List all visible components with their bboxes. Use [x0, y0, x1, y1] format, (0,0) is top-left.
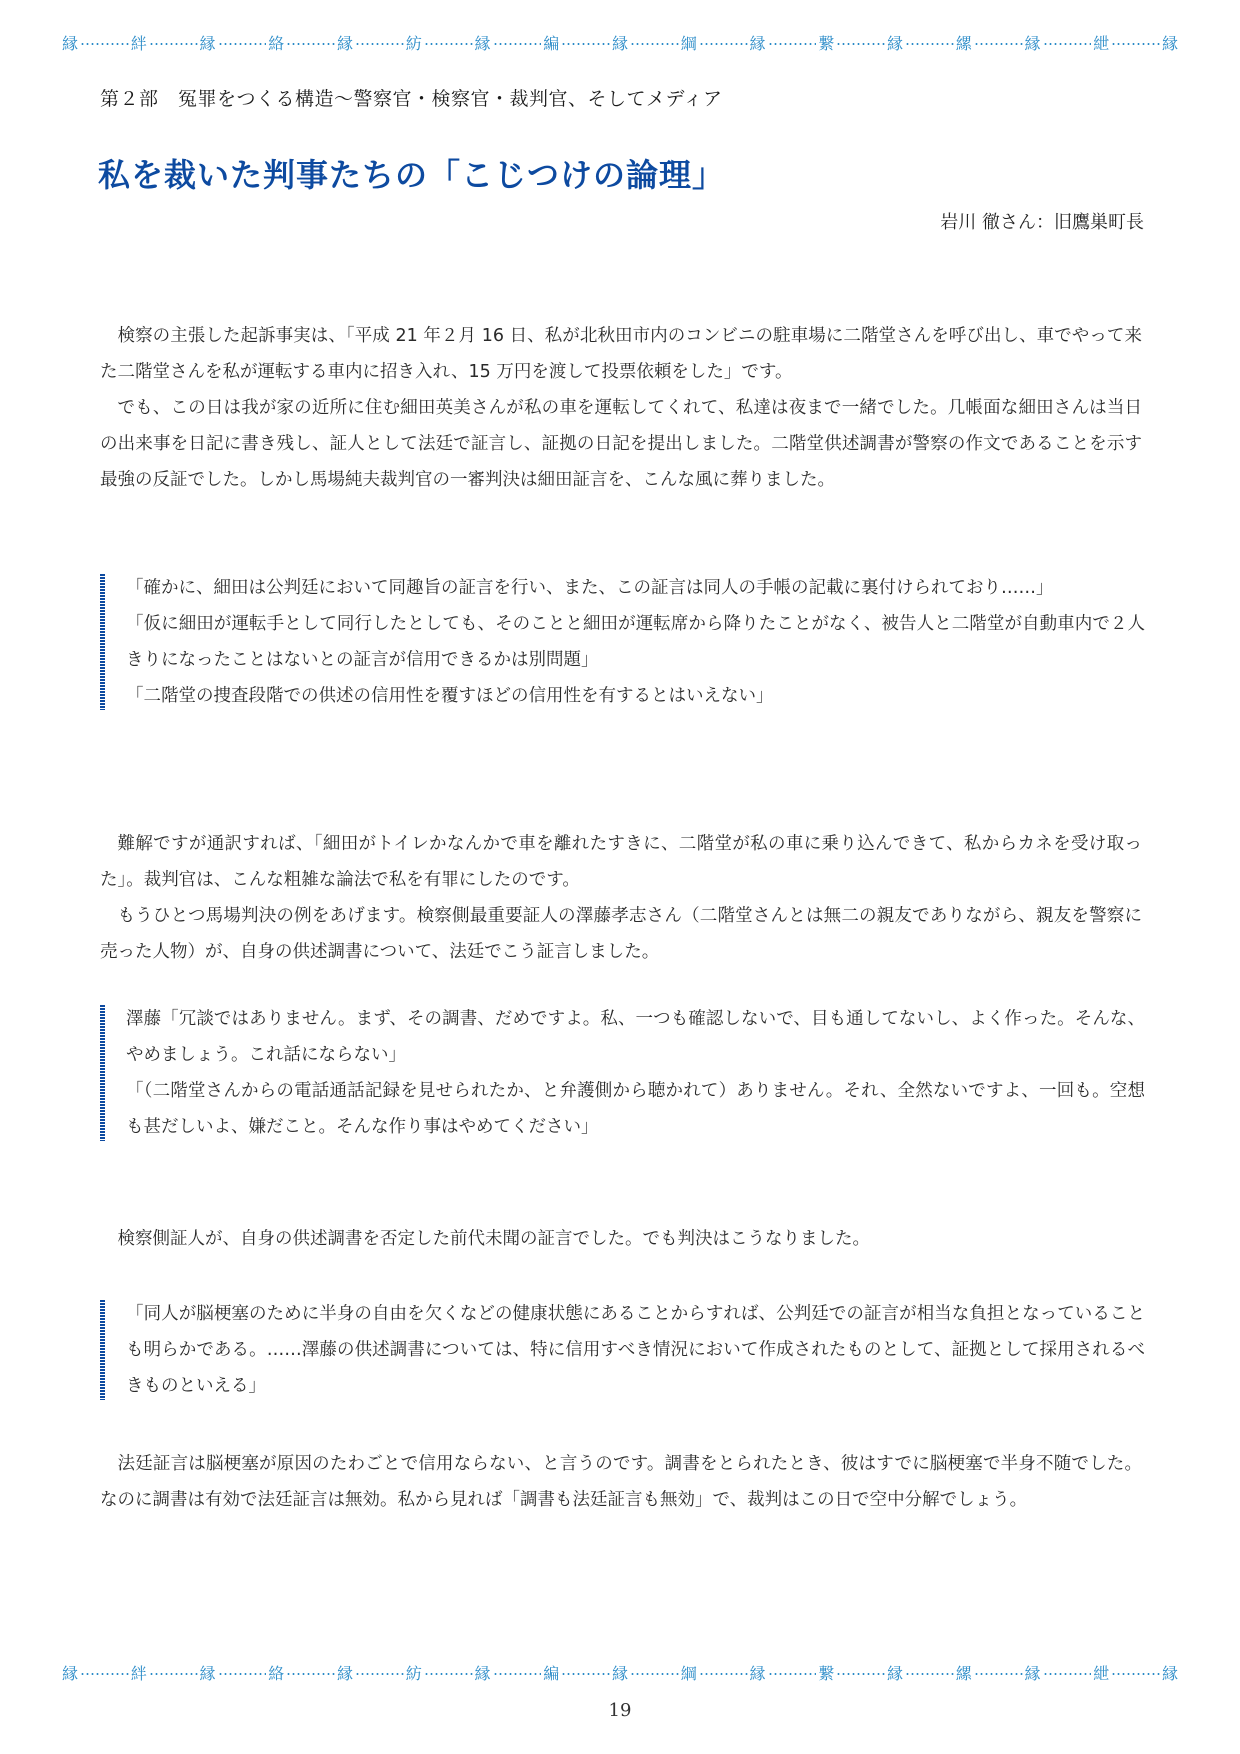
- border-glyph: 縁: [750, 36, 766, 52]
- border-glyph: 縁: [750, 1666, 766, 1682]
- body-paragraph: 検察側証人が、自身の供述調書を否定した前代未聞の証言でした。でも判決はこうなりま…: [100, 1221, 1142, 1257]
- border-dots: [355, 43, 404, 45]
- body-paragraph: 法廷証言は脳梗塞が原因のたわごとで信用ならない、と言うのです。調書をとられたとき…: [100, 1446, 1142, 1518]
- quote-bar: [100, 1300, 105, 1400]
- border-glyph: 綱: [681, 1666, 697, 1682]
- quote-block: 「確かに、細田は公判廷において同趣旨の証言を行い、また、この証言は同人の手帳の記…: [100, 570, 1145, 714]
- border-dots: [768, 1673, 817, 1675]
- article-section-3: 検察側証人が、自身の供述調書を否定した前代未聞の証言でした。でも判決はこうなりま…: [100, 1221, 1142, 1257]
- border-glyph: 紡: [406, 36, 422, 52]
- article-title: 私を裁いた判事たちの「こじつけの論理」: [98, 150, 725, 196]
- border-dots: [149, 1673, 198, 1675]
- border-glyph: 絡: [268, 1666, 284, 1682]
- quote-bar: [100, 574, 105, 710]
- border-glyph: 縁: [200, 36, 216, 52]
- article-section-1: 検察の主張した起訴事実は、「平成 21 年２月 16 日、私が北秋田市内のコンビ…: [100, 318, 1142, 498]
- border-dots: [699, 1673, 748, 1675]
- border-glyph: 縁: [612, 36, 628, 52]
- border-dots: [699, 43, 748, 45]
- border-dots: [1111, 43, 1160, 45]
- border-dots: [905, 43, 954, 45]
- border-glyph: 繋: [818, 36, 834, 52]
- quote-line: 澤藤「冗談ではありません。まず、その調書、だめですよ。私、一つも確認しないで、目…: [126, 1001, 1145, 1073]
- top-decorative-border: 縁 絆 縁 絡 縁 紡 縁 編 縁 綱 縁 繋 縁 縲 縁 紲 縁: [62, 32, 1178, 56]
- quote-line: 「確かに、細田は公判廷において同趣旨の証言を行い、また、この証言は同人の手帳の記…: [126, 570, 1145, 606]
- border-dots: [218, 43, 267, 45]
- border-glyph: 縁: [337, 1666, 353, 1682]
- border-dots: [424, 1673, 473, 1675]
- quote-bar: [100, 1005, 105, 1141]
- border-glyph: 縁: [475, 36, 491, 52]
- quote-line: 「（二階堂さんからの電話通話記録を見せられたか、と弁護側から聴かれて）ありません…: [126, 1073, 1145, 1145]
- author-byline: 岩川 徹さん：旧鷹巣町長: [940, 208, 1144, 234]
- quote-line: 「仮に細田が運転手として同行したとしても、そのことと細田が運転席から降りたことが…: [126, 606, 1145, 678]
- border-dots: [355, 1673, 404, 1675]
- border-dots: [218, 1673, 267, 1675]
- border-glyph: 縁: [62, 1666, 78, 1682]
- body-paragraph: 難解ですが通訳すれば、「細田がトイレかなんかで車を離れたすきに、二階堂が私の車に…: [100, 826, 1142, 898]
- border-dots: [561, 1673, 610, 1675]
- quote-line: 「二階堂の捜査段階での供述の信用性を覆すほどの信用性を有するとはいえない」: [126, 678, 1145, 714]
- border-dots: [493, 1673, 542, 1675]
- border-glyph: 縲: [956, 1666, 972, 1682]
- page-number: 19: [0, 1700, 1240, 1721]
- border-dots: [974, 43, 1023, 45]
- border-dots: [974, 1673, 1023, 1675]
- border-dots: [1043, 43, 1092, 45]
- border-glyph: 縁: [887, 1666, 903, 1682]
- border-glyph: 縁: [1162, 36, 1178, 52]
- border-glyph: 編: [543, 36, 559, 52]
- border-glyph: 紲: [1093, 1666, 1109, 1682]
- quote-block: 「同人が脳梗塞のために半身の自由を欠くなどの健康状態にあることからすれば、公判廷…: [100, 1296, 1145, 1404]
- body-paragraph: でも、この日は我が家の近所に住む細田英美さんが私の車を運転してくれて、私達は夜ま…: [100, 390, 1142, 498]
- border-dots: [836, 1673, 885, 1675]
- border-glyph: 縁: [1025, 36, 1041, 52]
- border-glyph: 紲: [1093, 36, 1109, 52]
- quote-line: 「同人が脳梗塞のために半身の自由を欠くなどの健康状態にあることからすれば、公判廷…: [126, 1296, 1145, 1404]
- border-dots: [836, 43, 885, 45]
- border-dots: [1043, 1673, 1092, 1675]
- border-dots: [905, 1673, 954, 1675]
- body-paragraph: もうひとつ馬場判決の例をあげます。検察側最重要証人の澤藤孝志さん（二階堂さんとは…: [100, 898, 1142, 970]
- border-glyph: 縁: [1025, 1666, 1041, 1682]
- border-glyph: 縲: [956, 36, 972, 52]
- body-paragraph: 検察の主張した起訴事実は、「平成 21 年２月 16 日、私が北秋田市内のコンビ…: [100, 318, 1142, 390]
- border-glyph: 縁: [337, 36, 353, 52]
- border-glyph: 縁: [200, 1666, 216, 1682]
- border-dots: [286, 43, 335, 45]
- article-section-4: 法廷証言は脳梗塞が原因のたわごとで信用ならない、と言うのです。調書をとられたとき…: [100, 1446, 1142, 1518]
- border-glyph: 綱: [681, 36, 697, 52]
- border-dots: [1111, 1673, 1160, 1675]
- border-glyph: 絆: [131, 36, 147, 52]
- border-glyph: 紡: [406, 1666, 422, 1682]
- part-heading: 第２部 冤罪をつくる構造～警察官・検察官・裁判官、そしてメディア: [100, 84, 722, 111]
- border-glyph: 編: [543, 1666, 559, 1682]
- border-glyph: 縁: [62, 36, 78, 52]
- border-glyph: 縁: [1162, 1666, 1178, 1682]
- border-dots: [493, 43, 542, 45]
- border-glyph: 縁: [612, 1666, 628, 1682]
- border-glyph: 繋: [818, 1666, 834, 1682]
- border-dots: [561, 43, 610, 45]
- quote-block: 澤藤「冗談ではありません。まず、その調書、だめですよ。私、一つも確認しないで、目…: [100, 1001, 1145, 1145]
- border-dots: [424, 43, 473, 45]
- border-dots: [630, 43, 679, 45]
- bottom-decorative-border: 縁 絆 縁 絡 縁 紡 縁 編 縁 綱 縁 繋 縁 縲 縁 紲 縁: [62, 1662, 1178, 1686]
- border-dots: [149, 43, 198, 45]
- border-dots: [80, 1673, 129, 1675]
- border-dots: [630, 1673, 679, 1675]
- border-dots: [768, 43, 817, 45]
- border-glyph: 縁: [887, 36, 903, 52]
- article-section-2: 難解ですが通訳すれば、「細田がトイレかなんかで車を離れたすきに、二階堂が私の車に…: [100, 826, 1142, 970]
- border-dots: [286, 1673, 335, 1675]
- border-glyph: 絆: [131, 1666, 147, 1682]
- border-dots: [80, 43, 129, 45]
- border-glyph: 縁: [475, 1666, 491, 1682]
- border-glyph: 絡: [268, 36, 284, 52]
